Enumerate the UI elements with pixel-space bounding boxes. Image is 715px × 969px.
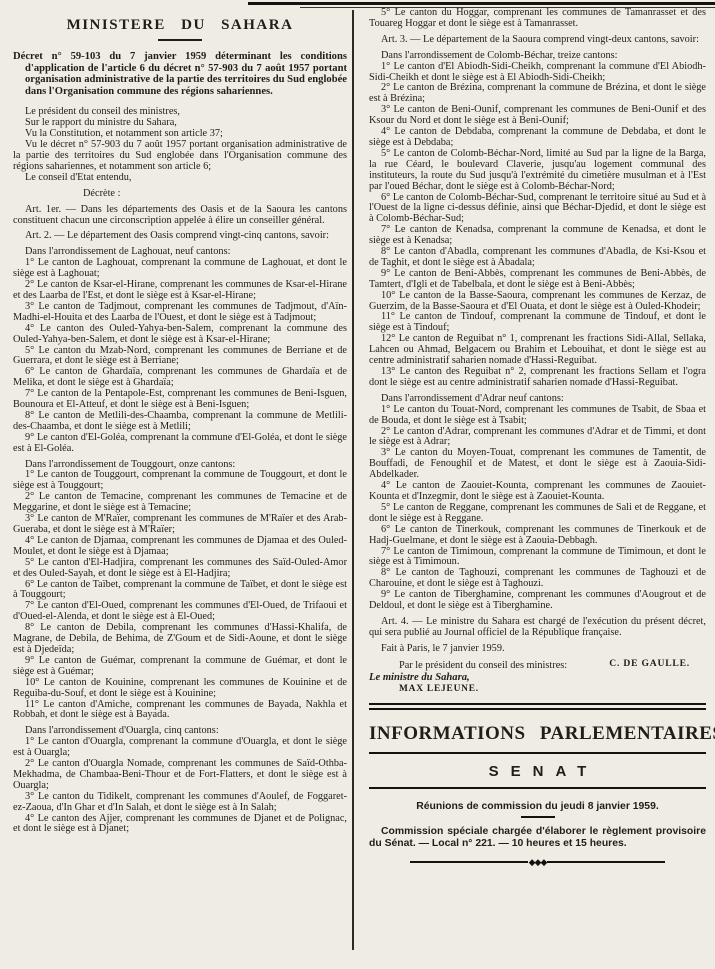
decree-paragraph: 6° Le canton de Taïbet, comprenant la co… [13, 580, 347, 602]
decree-body-left: Le président du conseil des ministres,Su… [13, 107, 347, 835]
decree-paragraph: 3° Le canton du Tidikelt, comprenant les… [13, 792, 347, 814]
diamond-divider-icon: ◆◆◆ [529, 857, 547, 868]
decree-paragraph: 1° Le canton de Touggourt, comprenant la… [13, 470, 347, 492]
left-column: MINISTERE DU SAHARA Décret n° 59-103 du … [13, 13, 347, 835]
decree-paragraph: 2° Le canton d'Adrar, comprenant les com… [369, 427, 706, 449]
decree-paragraph: 2° Le canton d'Ouargla Nomade, comprenan… [13, 759, 347, 792]
decree-paragraph: Art. 2. — Le département des Oasis compr… [13, 231, 347, 242]
decree-paragraph: 4° Le canton des Ajjer, comprenant les c… [13, 814, 347, 836]
decree-paragraph: 5° Le canton du Hoggar, comprenant les c… [369, 8, 706, 30]
decree-paragraph: 10° Le canton de la Basse-Saoura, compre… [369, 291, 706, 313]
signature-minister-title: Le ministre du Sahara, [369, 672, 706, 683]
meetings-heading: Réunions de commission du jeudi 8 janvie… [369, 801, 706, 812]
decree-paragraph: 8° Le canton de Taghouzi, comprenant les… [369, 568, 706, 590]
decree-paragraph: 1° Le canton d'Ouargla, comprenant la co… [13, 737, 347, 759]
decree-paragraph: 11° Le canton de Tindouf, comprenant la … [369, 312, 706, 334]
decree-paragraph: 8° Le canton de Debila, comprenant les c… [13, 623, 347, 656]
decree-paragraph: Art. 3. — Le département de la Saoura co… [369, 35, 706, 46]
decree-paragraph: Dans l'arrondissement de Colomb-Béchar, … [369, 51, 706, 62]
page-top-edge-bar [248, 2, 715, 5]
decree-paragraph: 3° Le canton de M'Raïer, comprenant les … [13, 514, 347, 536]
decree-paragraph: 11° Le canton d'Amiche, comprenant les c… [13, 700, 347, 722]
decree-paragraph: Art. 1er. — Dans les départements des Oa… [13, 205, 347, 227]
decree-paragraph: 2° Le canton de Brézina, comprenant la c… [369, 83, 706, 105]
decree-paragraph: Fait à Paris, le 7 janvier 1959. [369, 644, 706, 655]
decree-paragraph: 9° Le canton de Beni-Abbès, comprenant l… [369, 269, 706, 291]
decree-paragraph: 4° Le canton de Debdaba, comprenant la c… [369, 127, 706, 149]
decree-paragraph: 6° Le canton de Tinerkouk, comprenant le… [369, 525, 706, 547]
decree-paragraph: 5° Le canton d'El-Hadjira, comprenant le… [13, 558, 347, 580]
decree-paragraph: 10° Le canton de Kouinine, comprenant le… [13, 678, 347, 700]
parliament-rule-2 [369, 787, 706, 789]
decree-paragraph: Décrète : [13, 189, 347, 200]
decree-paragraph: 7° Le canton de Timimoun, comprenant la … [369, 547, 706, 569]
end-ornament: ◆◆◆ [369, 857, 706, 868]
chamber-heading: SENAT [369, 763, 706, 780]
signature-minister-name: MAX LEJEUNE. [399, 684, 706, 694]
parliament-section-title: INFORMATIONS PARLEMENTAIRES [369, 723, 706, 745]
decree-paragraph: 3° Le canton du Moyen-Touat, comprenant … [369, 448, 706, 481]
decree-paragraph: 13° Le canton des Reguibat n° 2, compren… [369, 367, 706, 389]
decree-paragraph: 7° Le canton d'El-Oued, comprenant les c… [13, 601, 347, 623]
decree-body-right: 5° Le canton du Hoggar, comprenant les c… [369, 8, 706, 655]
heading-rule [158, 39, 202, 41]
ornament-line-right [547, 861, 665, 863]
ministry-heading: MINISTERE DU SAHARA [13, 17, 347, 34]
decree-paragraph: 7° Le canton de la Pentapole-Est, compre… [13, 389, 347, 411]
decree-paragraph: 2° Le canton de Ksar-el-Hirane, comprena… [13, 280, 347, 302]
decree-paragraph: 6° Le canton de Colomb-Béchar-Sud, compr… [369, 193, 706, 226]
decree-paragraph: 5° Le canton de Colomb-Béchar-Nord, limi… [369, 149, 706, 193]
decree-paragraph: 3° Le canton de Tadjmout, comprenant les… [13, 302, 347, 324]
decree-paragraph: 1° Le canton de Laghouat, comprenant la … [13, 258, 347, 280]
decree-paragraph: 7° Le canton de Kenadsa, comprenant la c… [369, 225, 706, 247]
decree-paragraph: 9° Le canton de Tiberghamine, comprenant… [369, 590, 706, 612]
decree-paragraph: Vu le décret n° 57-903 du 7 août 1957 po… [13, 140, 347, 173]
ornament-line-left [410, 861, 528, 863]
decree-paragraph: 4° Le canton de Djamaa, comprenant les c… [13, 536, 347, 558]
decree-paragraph: 5° Le canton du Mzab-Nord, comprenant le… [13, 346, 347, 368]
decree-paragraph: 1° Le canton du Touat-Nord, comprenant l… [369, 405, 706, 427]
decree-paragraph: 8° Le canton de Metlili-des-Chaamba, com… [13, 411, 347, 433]
decree-paragraph: 3° Le canton de Beni-Ounif, comprenant l… [369, 105, 706, 127]
decree-paragraph: 9° Le canton d'El-Goléa, comprenant la c… [13, 433, 347, 455]
decree-paragraph: Art. 4. — Le ministre du Sahara est char… [369, 617, 706, 639]
decree-summary: Décret n° 59-103 du 7 janvier 1959 déter… [13, 51, 347, 97]
decree-paragraph: 5° Le canton de Reggane, comprenant les … [369, 503, 706, 525]
meeting-item: Commission spéciale chargée d'élaborer l… [369, 826, 706, 850]
decree-paragraph: 12° Le canton de Reguibat n° 1, comprena… [369, 334, 706, 367]
decree-paragraph: 1° Le canton d'El Abiodh-Sidi-Cheikh, co… [369, 62, 706, 84]
decree-paragraph: 2° Le canton de Temacine, comprenant les… [13, 492, 347, 514]
decree-paragraph: 9° Le canton de Guémar, comprenant la co… [13, 656, 347, 678]
section-double-rule [369, 703, 706, 710]
decree-paragraph: 6° Le canton de Ghardaïa, comprenant les… [13, 367, 347, 389]
decree-paragraph: 4° Le canton des Ouled-Yahya-ben-Salem, … [13, 324, 347, 346]
decree-paragraph: 8° Le canton d'Abadla, comprenant les co… [369, 247, 706, 269]
column-divider-rule [352, 10, 354, 950]
parliament-rule-1 [369, 752, 706, 754]
journal-page: MINISTERE DU SAHARA Décret n° 59-103 du … [0, 0, 715, 969]
right-column: 5° Le canton du Hoggar, comprenant les c… [369, 8, 706, 868]
meetings-heading-rule [521, 816, 555, 818]
decree-paragraph: Le conseil d'Etat entendu, [13, 173, 347, 184]
decree-paragraph: 4° Le canton de Zaouiet-Kounta, comprena… [369, 481, 706, 503]
